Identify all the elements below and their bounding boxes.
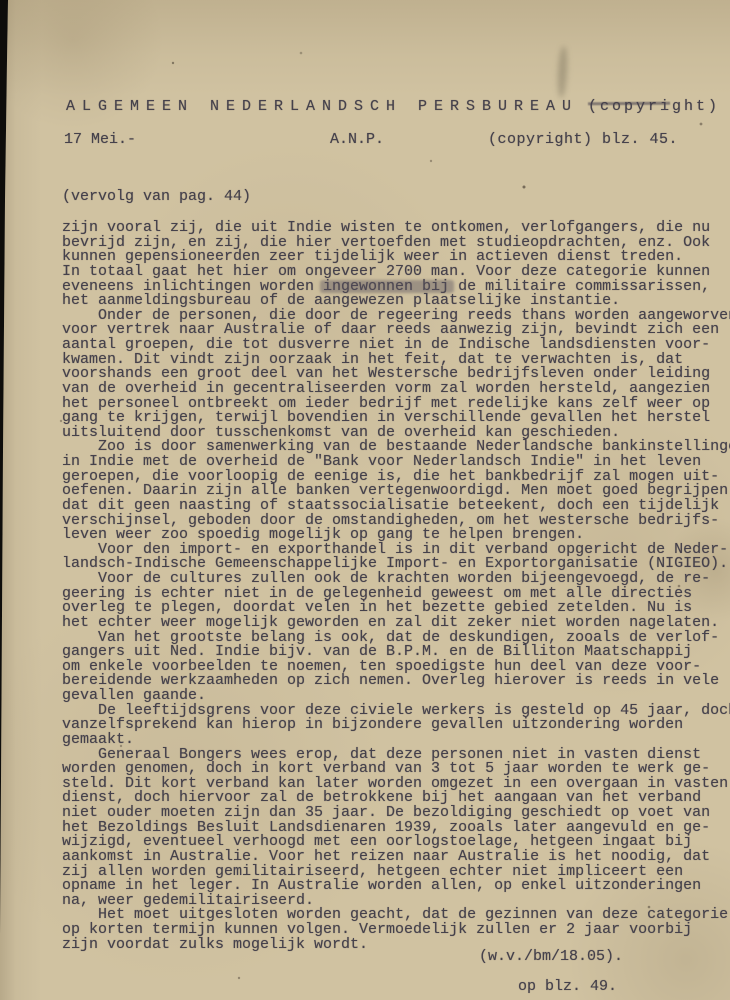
paper-sheet: ALGEMEEN NEDERLANDSCH PERSBUREAU(copyrig… — [0, 0, 730, 1000]
ink-smudge-strikeout — [320, 280, 454, 293]
scanned-document: ALGEMEEN NEDERLANDSCH PERSBUREAU(copyrig… — [0, 0, 730, 1000]
page-number: (copyright) blz. 45. — [488, 131, 678, 148]
continuation-note: (vervolg van pag. 44) — [62, 188, 251, 205]
paper-specks — [0, 0, 2, 2]
paragraph-1: zijn vooral zij, die uit Indie wisten te… — [62, 221, 730, 309]
copyright-note-top: (copyright) — [588, 98, 720, 115]
paragraph-4: Voor den import- en exporthandel is in d… — [62, 543, 730, 572]
paragraph-5: Voor de cultures zullen ook de krachten … — [62, 572, 730, 631]
paragraph-7: De leeftijdsgrens voor deze civiele werk… — [62, 704, 730, 748]
document-body: zijn vooral zij, die uit Indie wisten te… — [62, 221, 730, 952]
document-date: 17 Mei.- — [64, 131, 136, 148]
document-meta-row: 17 Mei.- A.N.P. (copyright) blz. 45. — [0, 131, 730, 149]
continued-on-page: op blz. 49. — [518, 978, 617, 995]
agency-abbreviation: A.N.P. — [330, 131, 384, 148]
paragraph-9: Het moet uitgesloten worden geacht, dat … — [62, 908, 730, 952]
paper-stain-streak — [557, 46, 569, 98]
paragraph-2: Onder de personen, die door de regeering… — [62, 309, 730, 441]
agency-name: ALGEMEEN NEDERLANDSCH PERSBUREAU — [66, 98, 578, 115]
paragraph-6: Van het grootste belang is ook, dat de d… — [62, 631, 730, 704]
paragraph-8: Generaal Bongers wees erop, dat deze per… — [62, 748, 730, 909]
document-title-row: ALGEMEEN NEDERLANDSCH PERSBUREAU(copyrig… — [66, 98, 720, 115]
paragraph-3: Zoo is door samenwerking van de bestaand… — [62, 440, 730, 542]
editor-reference: (w.v./bm/18.05). — [479, 948, 623, 965]
